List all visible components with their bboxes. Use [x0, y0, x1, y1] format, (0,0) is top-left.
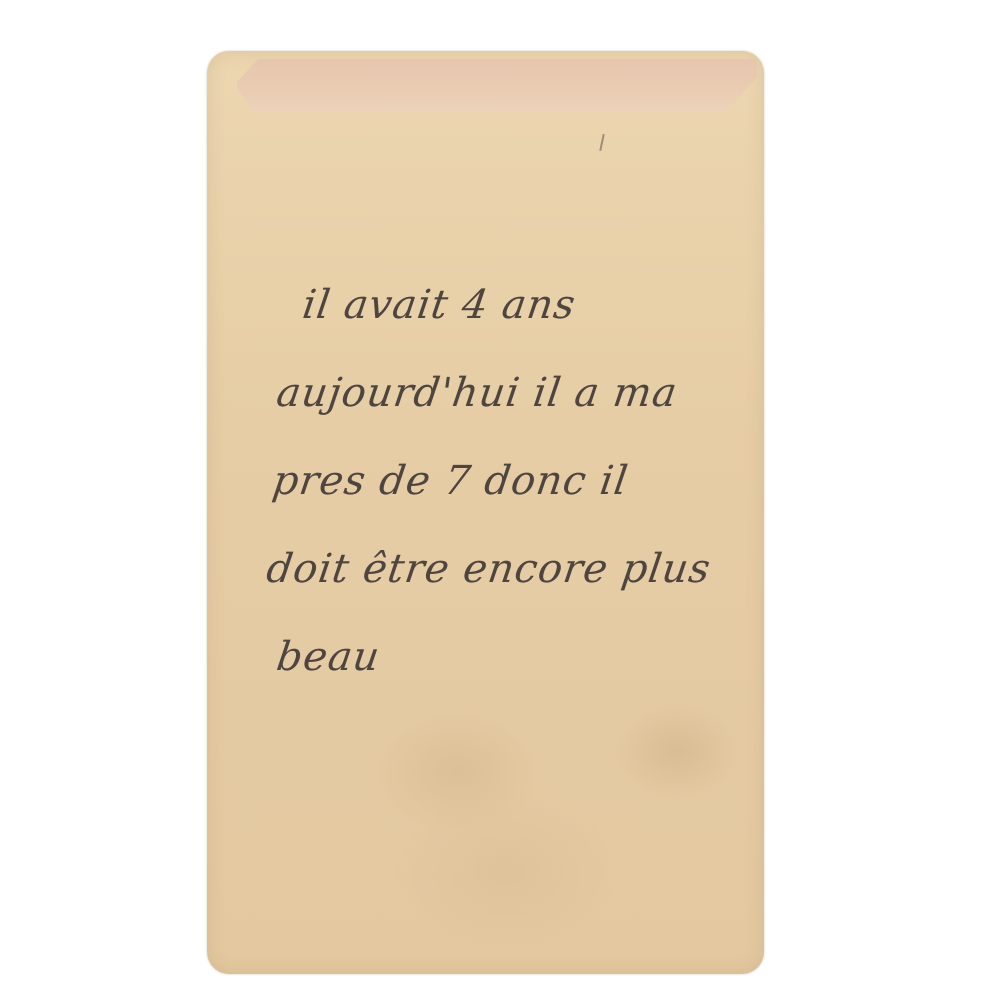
handwriting-line: pres de 7 donc il: [267, 437, 753, 525]
faded-printed-text: [317, 75, 737, 105]
handwriting-line: beau: [271, 613, 753, 701]
handwritten-note: il avait 4 ans aujourd'hui il a ma pres …: [267, 261, 747, 701]
handwriting-line: doit être encore plus: [261, 525, 753, 613]
photo-card-back: il avait 4 ans aujourd'hui il a ma pres …: [207, 51, 764, 974]
handwriting-line: aujourd'hui il a ma: [271, 349, 753, 437]
handwriting-line: il avait 4 ans: [297, 261, 753, 349]
pencil-mark: [599, 134, 604, 151]
top-paper-strip: [237, 59, 757, 111]
